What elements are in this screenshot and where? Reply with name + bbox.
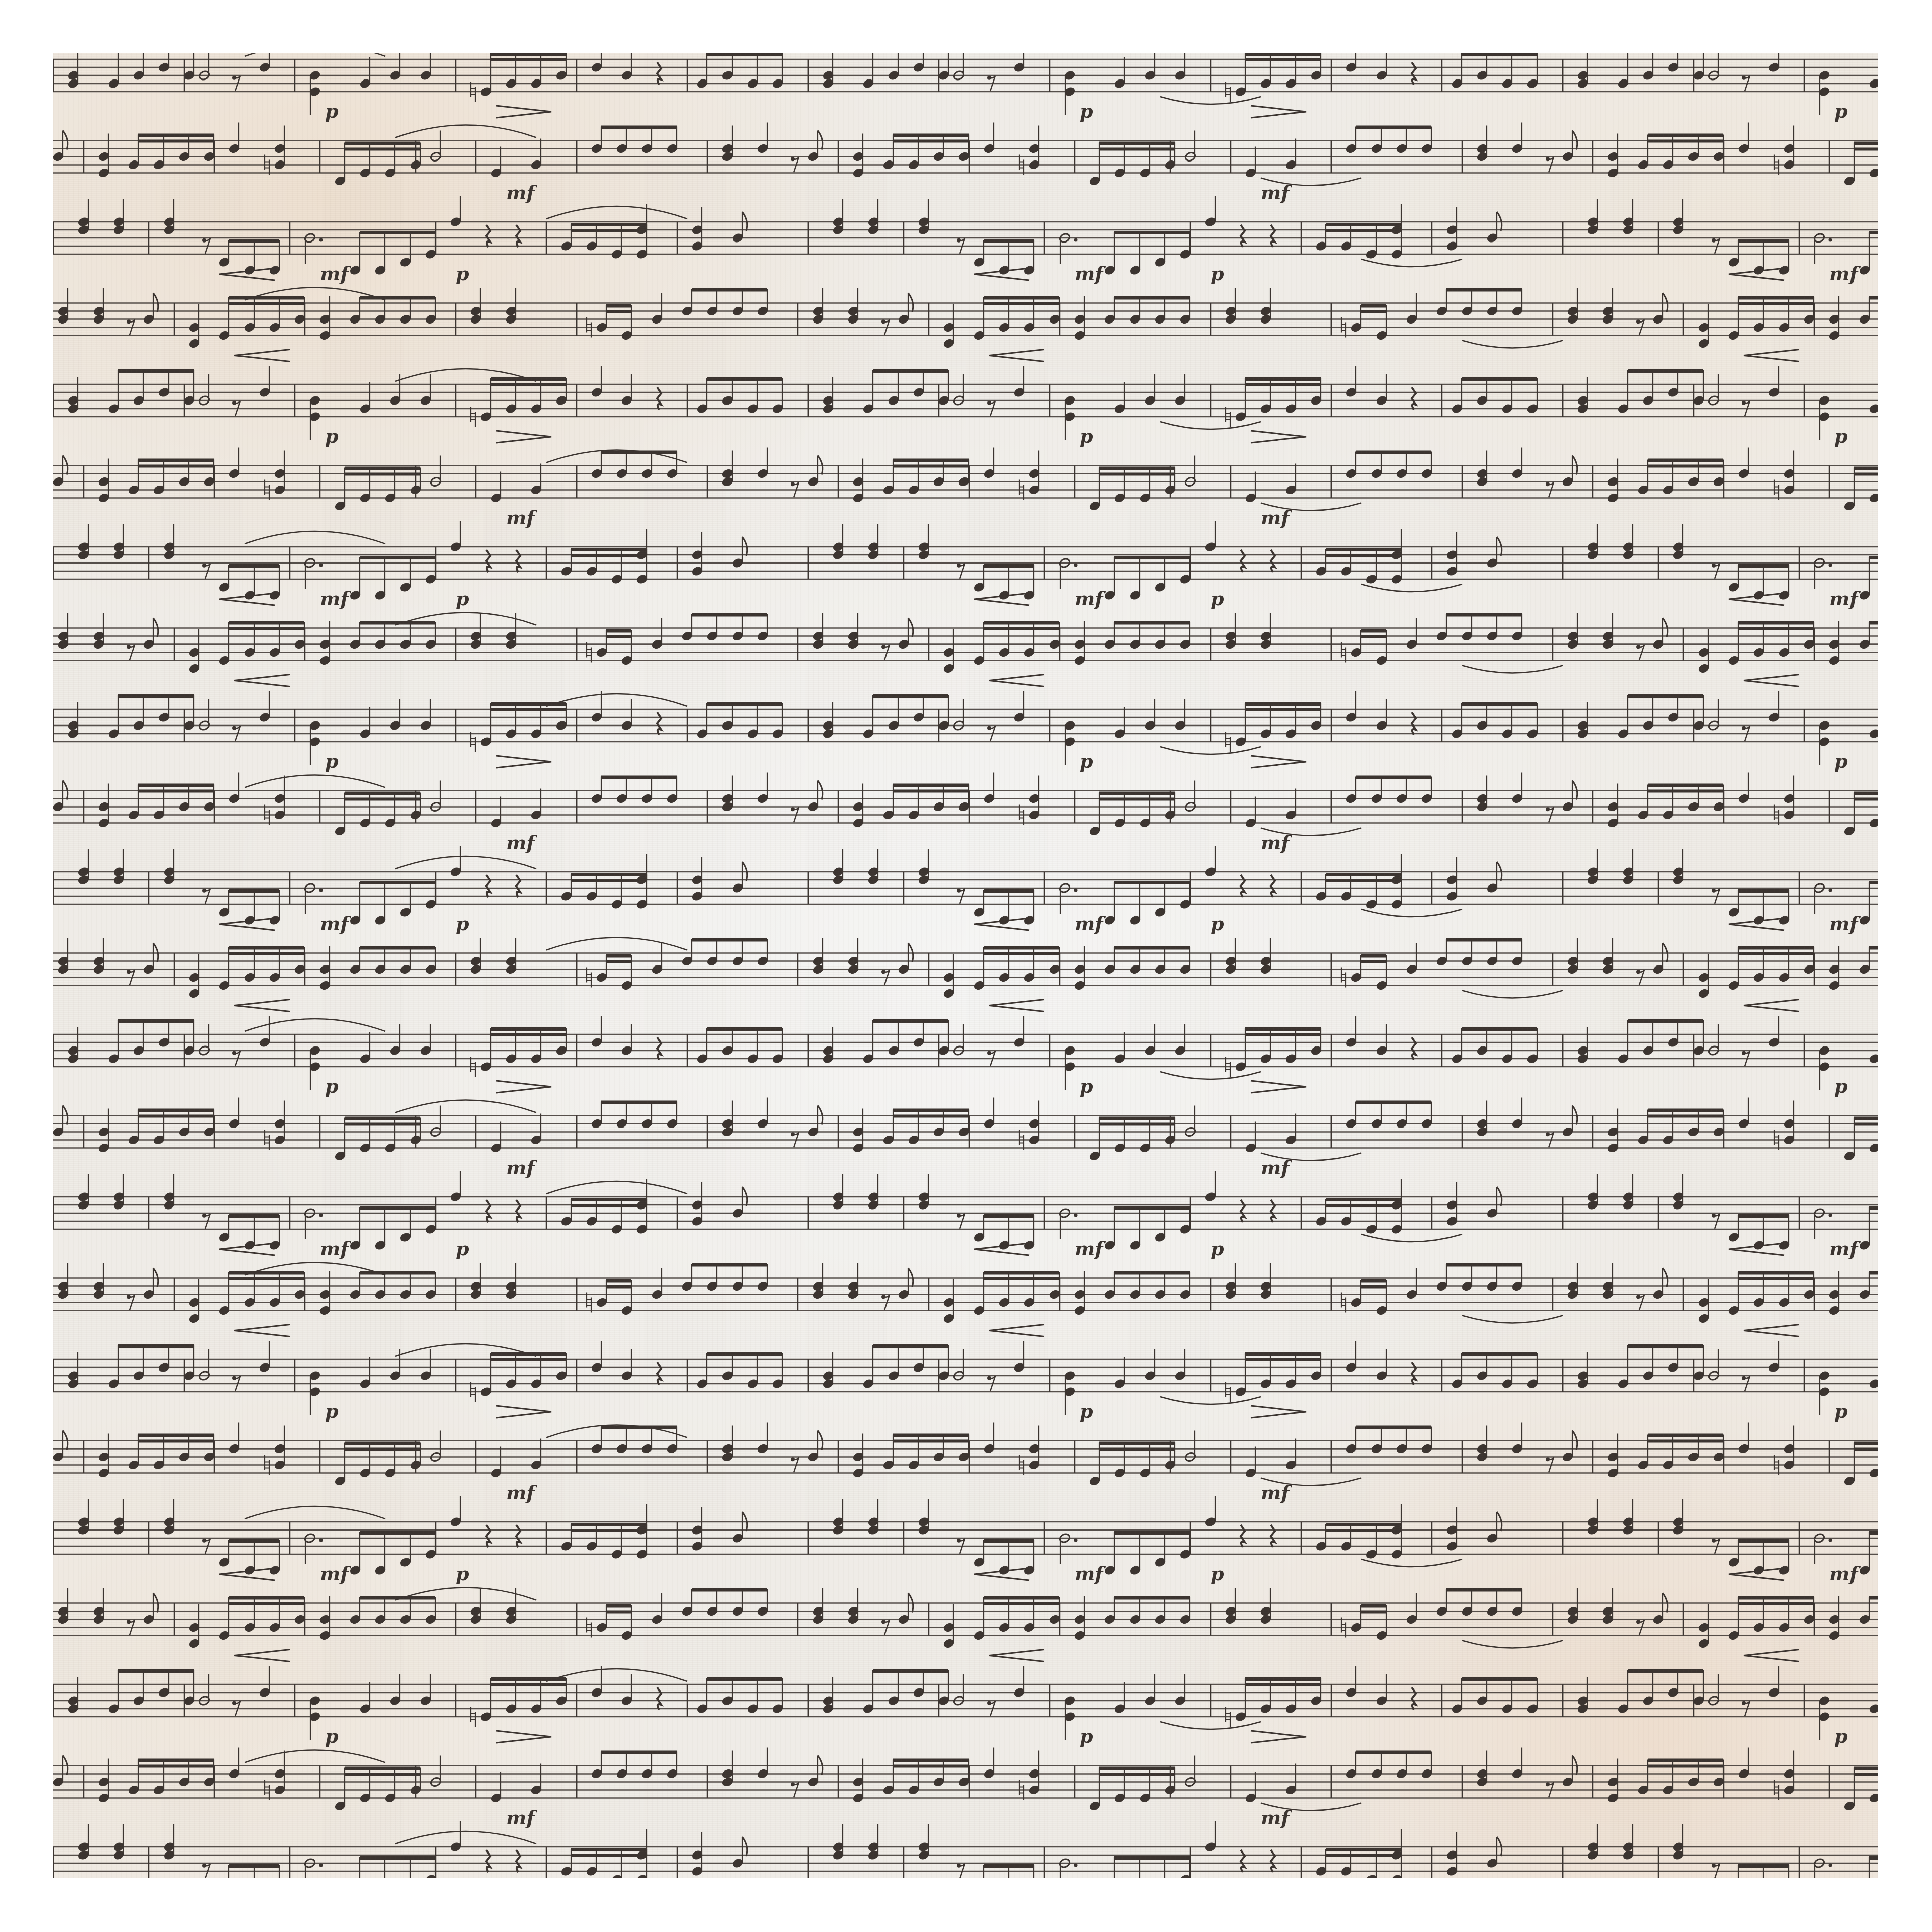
staff [53, 613, 1878, 687]
staff: ppp [53, 691, 1878, 772]
dynamic-marking: p [1834, 425, 1848, 447]
dynamic-marking: p [1080, 1075, 1093, 1097]
staff: ppp [53, 1666, 1878, 1747]
staff: mfpmfpmfp [53, 1821, 1878, 1878]
dynamic-marking: mf [1829, 912, 1861, 935]
dynamic-marking: mf [506, 506, 537, 529]
dynamic-marking: mf [506, 1481, 537, 1504]
dynamic-marking: p [456, 1237, 469, 1260]
music-score: pppmfmfmfpmfpmfppppmfmfmfpmfpmfppppmfmfm… [53, 53, 1878, 1878]
staff: mfmf [53, 1098, 1878, 1179]
sheet-music-paper: pppmfmfmfpmfpmfppppmfmfmfpmfpmfppppmfmfm… [53, 53, 1878, 1878]
staff: mfmf [53, 1423, 1878, 1504]
dynamic-marking: mf [320, 1562, 351, 1585]
dynamic-marking: p [1834, 1075, 1848, 1097]
dynamic-marking: mf [1829, 587, 1861, 610]
staff: ppp [53, 1016, 1878, 1097]
dynamic-marking: mf [506, 1156, 537, 1179]
dynamic-marking: p [1834, 100, 1848, 122]
dynamic-marking: mf [320, 587, 351, 610]
dynamic-marking: p [456, 912, 469, 935]
dynamic-marking: p [1080, 1400, 1093, 1422]
dynamic-marking: p [1834, 1400, 1848, 1422]
staff: mfpmfpmfp [53, 1171, 1878, 1260]
staff [53, 1588, 1878, 1662]
dynamic-marking: p [1080, 425, 1093, 447]
staff: ppp [53, 1341, 1878, 1422]
dynamic-marking: mf [320, 912, 351, 935]
staff: ppp [53, 366, 1878, 447]
dynamic-marking: mf [320, 262, 351, 285]
staff: mfmf [53, 1748, 1878, 1829]
dynamic-marking: mf [1075, 1237, 1106, 1260]
staff: mfmf [53, 773, 1878, 854]
dynamic-marking: p [1080, 750, 1093, 772]
dynamic-marking: p [325, 750, 339, 772]
dynamic-marking: p [1211, 1562, 1224, 1585]
staff: mfpmfpmfp [53, 196, 1878, 285]
dynamic-marking: mf [320, 1237, 351, 1260]
dynamic-marking: p [456, 1562, 469, 1585]
dynamic-marking: p [1211, 587, 1224, 610]
staff: mfpmfpmfp [53, 1496, 1878, 1585]
staff: mfmf [53, 448, 1878, 529]
dynamic-marking: p [456, 262, 469, 285]
dynamic-marking: p [1834, 1725, 1848, 1747]
staff: mfmf [53, 123, 1878, 204]
staff: ppp [53, 53, 1878, 122]
staff: mfpmfpmfp [53, 521, 1878, 610]
dynamic-marking: p [1080, 1725, 1093, 1747]
dynamic-marking: p [1834, 750, 1848, 772]
dynamic-marking: p [456, 587, 469, 610]
staff: mfpmfpmfp [53, 846, 1878, 935]
dynamic-marking: mf [1075, 262, 1106, 285]
dynamic-marking: p [1211, 912, 1224, 935]
staff [53, 938, 1878, 1012]
staff [53, 1263, 1878, 1337]
dynamic-marking: mf [1829, 1562, 1861, 1585]
dynamic-marking: mf [1829, 1237, 1861, 1260]
dynamic-marking: p [325, 1725, 339, 1747]
dynamic-marking: mf [506, 1806, 537, 1829]
dynamic-marking: mf [1075, 587, 1106, 610]
dynamic-marking: p [325, 1400, 339, 1422]
dynamic-marking: p [1080, 100, 1093, 122]
dynamic-marking: p [325, 425, 339, 447]
dynamic-marking: mf [1075, 1562, 1106, 1585]
dynamic-marking: p [1211, 1237, 1224, 1260]
staff [53, 288, 1878, 362]
dynamic-marking: mf [506, 181, 537, 204]
dynamic-marking: mf [1075, 912, 1106, 935]
dynamic-marking: p [325, 1075, 339, 1097]
dynamic-marking: p [1211, 262, 1224, 285]
dynamic-marking: mf [506, 831, 537, 854]
dynamic-marking: mf [1829, 262, 1861, 285]
dynamic-marking: p [325, 100, 339, 122]
